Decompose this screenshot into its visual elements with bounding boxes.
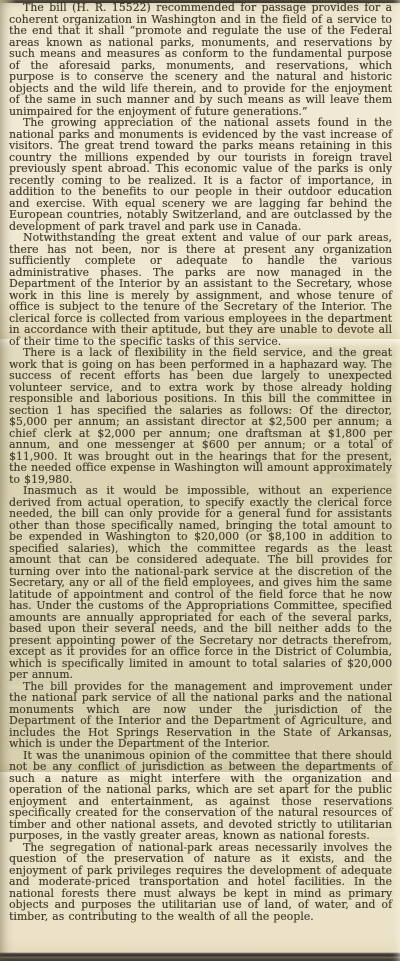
paragraph-general-fund: Inasmuch as it would be impossible, with… xyxy=(9,485,392,681)
paragraph-salaries: There is a lack of flexibility in the fi… xyxy=(9,347,392,485)
scanned-report-page: The bill (H. R. 15522) recommended for p… xyxy=(0,0,400,961)
paragraph-bill-purpose: The bill (H. R. 15522) recommended for p… xyxy=(9,2,392,117)
paragraph-no-organization: Notwithstanding the great extent and val… xyxy=(9,232,392,347)
paragraph-management: The bill provides for the management and… xyxy=(9,681,392,750)
paragraph-no-conflict: It was the unanimous opinion of the comm… xyxy=(9,750,392,842)
paragraph-growing-appreciation: The growing appreciation of the national… xyxy=(9,117,392,232)
report-body-text: The bill (H. R. 15522) recommended for p… xyxy=(0,0,400,952)
paragraph-segregation: The segregation of national-park areas n… xyxy=(9,842,392,923)
